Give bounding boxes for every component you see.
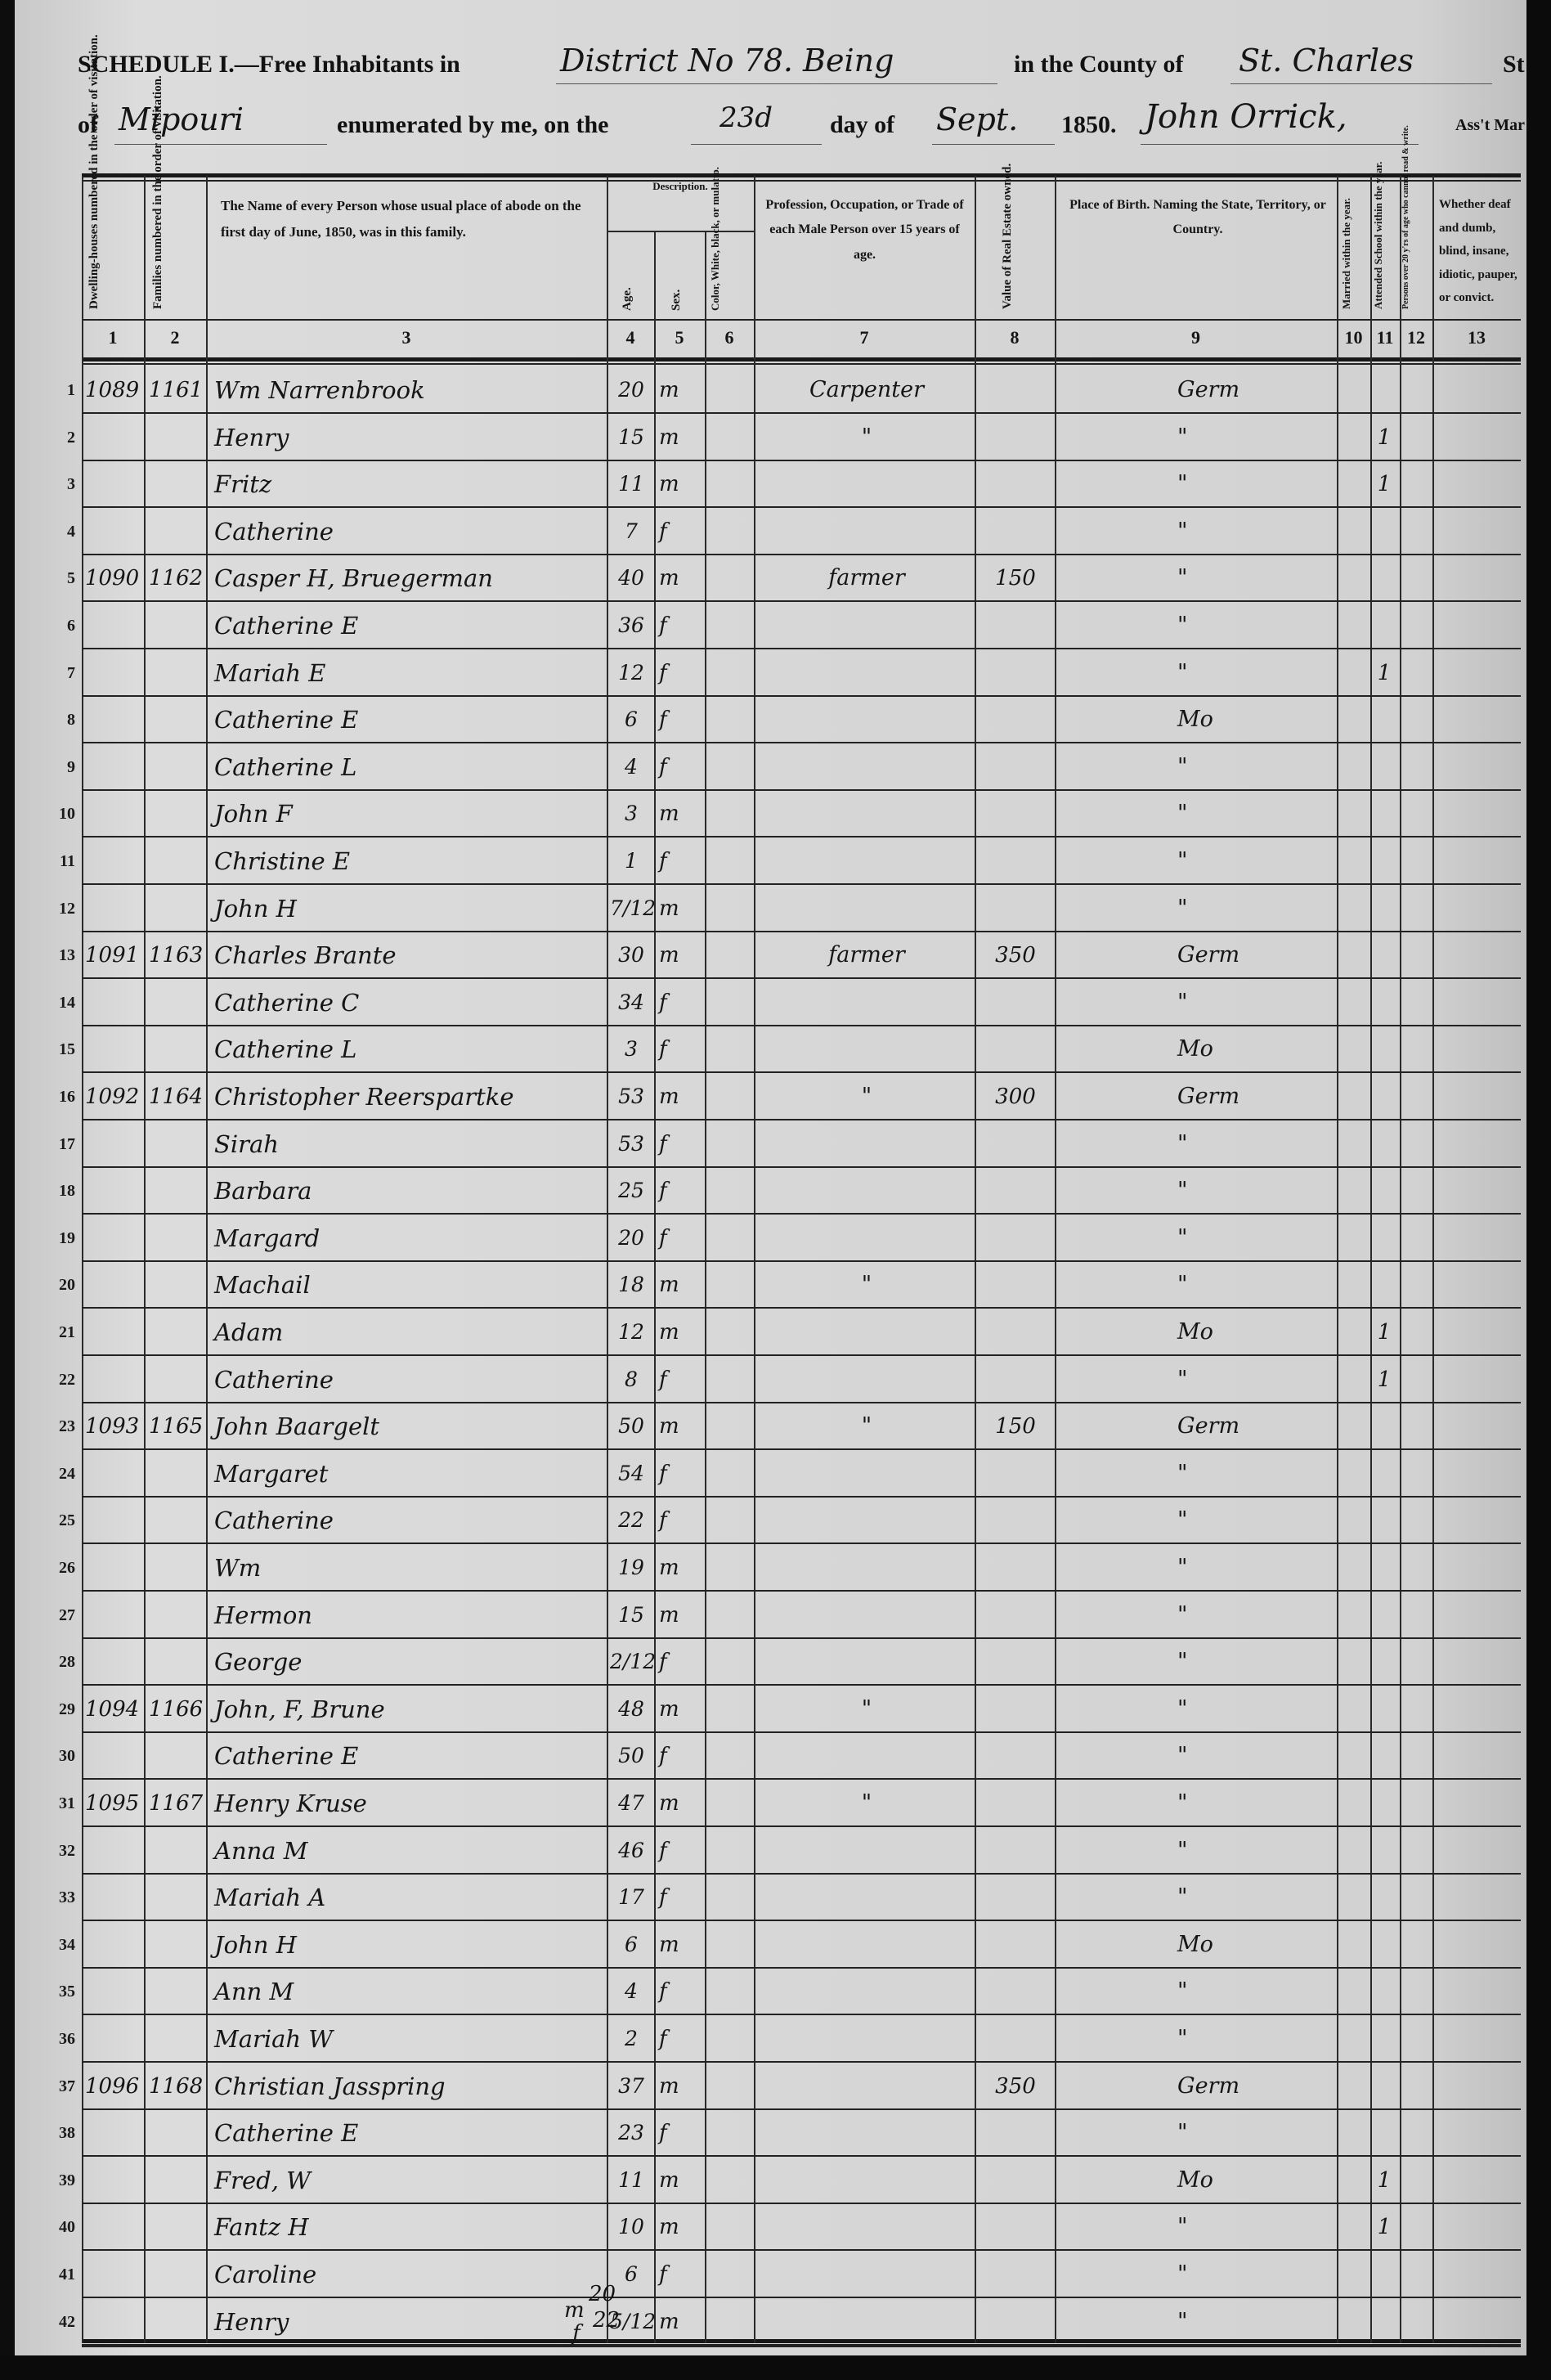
person-name: John H bbox=[214, 888, 607, 929]
dwelling-number bbox=[85, 1124, 142, 1165]
person-age: 15 bbox=[610, 417, 652, 458]
line-number: 7 bbox=[23, 653, 75, 694]
family-number bbox=[149, 1218, 203, 1259]
table-row: 36Mariah W2f" bbox=[0, 2015, 1551, 2062]
header-birthplace: Place of Birth. Naming the State, Territ… bbox=[1063, 193, 1333, 243]
person-sex: m bbox=[659, 1783, 703, 1824]
colnum-13: 13 bbox=[1432, 327, 1521, 348]
attended-school bbox=[1370, 1971, 1398, 2012]
year-printed: 1850. bbox=[1061, 111, 1117, 139]
person-age: 18 bbox=[610, 1264, 652, 1305]
person-sex: f bbox=[659, 747, 703, 788]
colnum-4: 4 bbox=[607, 327, 654, 348]
attended-school bbox=[1370, 1595, 1398, 1636]
enumerator-signature: John Orrick, bbox=[1145, 98, 1347, 136]
person-sex: f bbox=[659, 1124, 703, 1165]
dwelling-number bbox=[85, 1595, 142, 1636]
dwelling-number bbox=[85, 1971, 142, 2012]
occupation bbox=[760, 2301, 973, 2342]
line-number: 19 bbox=[23, 1218, 75, 1259]
person-age: 36 bbox=[610, 605, 652, 646]
person-age: 11 bbox=[610, 2160, 652, 2201]
person-name: Catherine L bbox=[214, 1029, 607, 1070]
person-sex: m bbox=[659, 1547, 703, 1588]
person-name: Henry bbox=[214, 2301, 607, 2342]
person-age: 6 bbox=[610, 1924, 652, 1965]
colnum-8: 8 bbox=[975, 327, 1055, 348]
person-sex: f bbox=[659, 1830, 703, 1871]
person-age: 11 bbox=[610, 464, 652, 505]
family-number: 1164 bbox=[149, 1076, 203, 1117]
attended-school bbox=[1370, 1264, 1398, 1305]
attended-school: 1 bbox=[1370, 464, 1398, 505]
colnum-bottom-rule bbox=[82, 357, 1521, 361]
birthplace: Mo bbox=[1096, 1312, 1333, 1353]
occupation: " bbox=[760, 417, 973, 458]
header-family: Families numbered in the order of visita… bbox=[152, 186, 199, 309]
person-age: 53 bbox=[610, 1076, 652, 1117]
real-estate-value bbox=[978, 653, 1053, 694]
attended-school bbox=[1370, 1406, 1398, 1447]
colnum-6: 6 bbox=[705, 327, 754, 348]
real-estate-value bbox=[978, 2019, 1053, 2059]
person-age: 7/12 bbox=[610, 888, 652, 929]
person-sex: m bbox=[659, 417, 703, 458]
colnum-7: 7 bbox=[754, 327, 975, 348]
person-name: Catherine L bbox=[214, 747, 607, 788]
family-number bbox=[149, 2207, 203, 2248]
attended-school bbox=[1370, 1547, 1398, 1588]
dwelling-number bbox=[85, 1312, 142, 1353]
birthplace: " bbox=[1096, 1595, 1333, 1636]
occupation bbox=[760, 1641, 973, 1682]
attended-school bbox=[1370, 511, 1398, 552]
attended-school: 1 bbox=[1370, 2207, 1398, 2248]
person-age: 54 bbox=[610, 1453, 652, 1494]
title-printed-enumerated: enumerated by me, on the bbox=[337, 111, 608, 139]
table-row: 20Machail18m"" bbox=[0, 1261, 1551, 1308]
birthplace: " bbox=[1096, 841, 1333, 882]
attended-school bbox=[1370, 1076, 1398, 1117]
line-number: 41 bbox=[23, 2254, 75, 2295]
dwelling-number bbox=[85, 2207, 142, 2248]
person-name: Fred, W bbox=[214, 2160, 607, 2201]
occupation: farmer bbox=[760, 558, 973, 599]
occupation bbox=[760, 1359, 973, 1400]
line-number: 15 bbox=[23, 1029, 75, 1070]
attended-school bbox=[1370, 558, 1398, 599]
table-row: 1610921164Christopher Reerspartke53m"300… bbox=[0, 1073, 1551, 1120]
colnum-bottom-rule-inner bbox=[82, 363, 1521, 365]
birthplace: " bbox=[1096, 1453, 1333, 1494]
birthplace: " bbox=[1096, 1547, 1333, 1588]
occupation: " bbox=[760, 1689, 973, 1730]
attended-school bbox=[1370, 1029, 1398, 1070]
occupation bbox=[760, 1971, 973, 2012]
person-name: Catherine bbox=[214, 1359, 607, 1400]
line-number: 14 bbox=[23, 982, 75, 1023]
person-name: Henry Kruse bbox=[214, 1783, 607, 1824]
person-sex: f bbox=[659, 653, 703, 694]
birthplace: " bbox=[1096, 1877, 1333, 1918]
occupation bbox=[760, 982, 973, 1023]
colnum-11: 11 bbox=[1370, 327, 1400, 348]
line-number: 42 bbox=[23, 2301, 75, 2342]
person-name: Margard bbox=[214, 1218, 607, 1259]
family-number bbox=[149, 1924, 203, 1965]
table-row: 6Catherine E36f" bbox=[0, 602, 1551, 649]
row-rule bbox=[82, 2344, 1521, 2346]
person-age: 3 bbox=[610, 793, 652, 834]
attended-school bbox=[1370, 2113, 1398, 2153]
birthplace: " bbox=[1096, 1971, 1333, 2012]
dwelling-number bbox=[85, 511, 142, 552]
person-name: Christopher Reerspartke bbox=[214, 1076, 607, 1117]
real-estate-value bbox=[978, 2113, 1053, 2153]
line-number: 6 bbox=[23, 605, 75, 646]
table-row: 3Fritz11m"1 bbox=[0, 460, 1551, 507]
table-row: 27Hermon15m" bbox=[0, 1592, 1551, 1638]
person-sex: m bbox=[659, 1312, 703, 1353]
line-number: 30 bbox=[23, 1736, 75, 1776]
family-number bbox=[149, 793, 203, 834]
birthplace: " bbox=[1096, 1783, 1333, 1824]
person-name: Machail bbox=[214, 1264, 607, 1305]
family-number bbox=[149, 1264, 203, 1305]
family-number bbox=[149, 2254, 203, 2295]
attended-school bbox=[1370, 2066, 1398, 2107]
dwelling-number bbox=[85, 2301, 142, 2342]
birthplace: " bbox=[1096, 1736, 1333, 1776]
line-number: 28 bbox=[23, 1641, 75, 1682]
table-row: 41Caroline6f" bbox=[0, 2251, 1551, 2297]
birthplace: " bbox=[1096, 511, 1333, 552]
dwelling-number bbox=[85, 841, 142, 882]
occupation bbox=[760, 1500, 973, 1541]
colnum-5: 5 bbox=[654, 327, 705, 348]
person-age: 15 bbox=[610, 1595, 652, 1636]
birthplace: Germ bbox=[1096, 2066, 1333, 2107]
person-age: 7 bbox=[610, 511, 652, 552]
occupation bbox=[760, 1312, 973, 1353]
real-estate-value bbox=[978, 464, 1053, 505]
line-number: 36 bbox=[23, 2019, 75, 2059]
person-age: 19 bbox=[610, 1547, 652, 1588]
table-row: 1310911163Charles Brante30mfarmer350Germ bbox=[0, 932, 1551, 978]
table-row: 10John F3m" bbox=[0, 790, 1551, 837]
dwelling-number bbox=[85, 1877, 142, 1918]
tally-male-label: m bbox=[564, 2298, 585, 2323]
line-number: 26 bbox=[23, 1547, 75, 1588]
dwelling-number bbox=[85, 2113, 142, 2153]
dwelling-number: 1093 bbox=[85, 1406, 142, 1447]
person-age: 40 bbox=[610, 558, 652, 599]
county-field: St. Charles bbox=[1239, 43, 1414, 79]
attended-school bbox=[1370, 1783, 1398, 1824]
line-number: 2 bbox=[23, 417, 75, 458]
header-dwelling: Dwelling-houses numbered in the order of… bbox=[88, 186, 139, 309]
occupation bbox=[760, 1453, 973, 1494]
dwelling-number bbox=[85, 1547, 142, 1588]
person-sex: f bbox=[659, 1359, 703, 1400]
table-row: 39Fred, W11mMo1 bbox=[0, 2157, 1551, 2203]
scan-bottom-border bbox=[0, 2355, 1551, 2380]
person-name: Mariah W bbox=[214, 2019, 607, 2059]
real-estate-value bbox=[978, 370, 1053, 411]
person-name: Catherine E bbox=[214, 699, 607, 740]
occupation bbox=[760, 1029, 973, 1070]
attended-school bbox=[1370, 1924, 1398, 1965]
occupation bbox=[760, 793, 973, 834]
enumerator-underline bbox=[1141, 144, 1419, 145]
attended-school bbox=[1370, 2019, 1398, 2059]
person-name: Christian Jasspring bbox=[214, 2066, 607, 2107]
occupation bbox=[760, 747, 973, 788]
occupation bbox=[760, 1547, 973, 1588]
attended-school bbox=[1370, 747, 1398, 788]
person-name: Henry bbox=[214, 417, 607, 458]
attended-school bbox=[1370, 1736, 1398, 1776]
occupation bbox=[760, 605, 973, 646]
person-name: George bbox=[214, 1641, 607, 1682]
attended-school bbox=[1370, 1218, 1398, 1259]
occupation bbox=[760, 888, 973, 929]
table-row: 22Catherine8f"1 bbox=[0, 1356, 1551, 1403]
person-age: 8 bbox=[610, 1359, 652, 1400]
person-name: Caroline bbox=[214, 2254, 607, 2295]
person-age: 6 bbox=[610, 699, 652, 740]
real-estate-value bbox=[978, 1924, 1053, 1965]
line-number: 32 bbox=[23, 1830, 75, 1871]
table-top-rule-inner bbox=[82, 180, 1521, 182]
person-sex: f bbox=[659, 2019, 703, 2059]
dwelling-number bbox=[85, 653, 142, 694]
person-name: Ann M bbox=[214, 1971, 607, 2012]
header-real-estate: Value of Real Estate owned. bbox=[1002, 186, 1034, 309]
dwelling-number: 1096 bbox=[85, 2066, 142, 2107]
header-name: The Name of every Person whose usual pla… bbox=[221, 193, 593, 246]
person-name: Catherine bbox=[214, 511, 607, 552]
person-name: John F bbox=[214, 793, 607, 834]
dwelling-number bbox=[85, 2254, 142, 2295]
real-estate-value bbox=[978, 2301, 1053, 2342]
person-age: 46 bbox=[610, 1830, 652, 1871]
title-printed-asst-marshal: Ass't Mar bbox=[1455, 116, 1525, 135]
person-name: John Baargelt bbox=[214, 1406, 607, 1447]
table-row: 9Catherine L4f" bbox=[0, 743, 1551, 790]
real-estate-value bbox=[978, 417, 1053, 458]
real-estate-value bbox=[978, 1783, 1053, 1824]
title-printed-state-start: St bbox=[1503, 51, 1525, 79]
family-number bbox=[149, 1641, 203, 1682]
table-row: 21Adam12mMo1 bbox=[0, 1309, 1551, 1355]
tally-female-count: 22 bbox=[593, 2308, 620, 2333]
real-estate-value bbox=[978, 1830, 1053, 1871]
day-underline bbox=[691, 144, 822, 145]
family-number bbox=[149, 417, 203, 458]
person-name: Margaret bbox=[214, 1453, 607, 1494]
table-row: 3110951167Henry Kruse47m"" bbox=[0, 1780, 1551, 1826]
person-name: Hermon bbox=[214, 1595, 607, 1636]
family-number bbox=[149, 1971, 203, 2012]
person-age: 4 bbox=[610, 747, 652, 788]
line-number: 40 bbox=[23, 2207, 75, 2248]
dwelling-number bbox=[85, 417, 142, 458]
occupation bbox=[760, 841, 973, 882]
occupation bbox=[760, 2019, 973, 2059]
person-sex: m bbox=[659, 1689, 703, 1730]
real-estate-value bbox=[978, 888, 1053, 929]
occupation bbox=[760, 1830, 973, 1871]
state-field: Mipouri bbox=[119, 101, 244, 137]
line-number: 39 bbox=[23, 2160, 75, 2201]
real-estate-value bbox=[978, 1689, 1053, 1730]
person-age: 3 bbox=[610, 1029, 652, 1070]
birthplace: " bbox=[1096, 793, 1333, 834]
person-age: 2/12 bbox=[610, 1641, 652, 1682]
attended-school bbox=[1370, 2254, 1398, 2295]
person-age: 17 bbox=[610, 1877, 652, 1918]
title-printed-schedule: SCHEDULE I.—Free Inhabitants in bbox=[78, 51, 460, 79]
table-row: 24Margaret54f" bbox=[0, 1450, 1551, 1497]
header-age: Age. bbox=[621, 270, 641, 311]
table-top-rule bbox=[82, 173, 1521, 177]
dwelling-number bbox=[85, 1453, 142, 1494]
family-number bbox=[149, 653, 203, 694]
occupation: Carpenter bbox=[760, 370, 973, 411]
birthplace: " bbox=[1096, 982, 1333, 1023]
person-name: Catherine bbox=[214, 1500, 607, 1541]
birthplace: " bbox=[1096, 888, 1333, 929]
line-number: 29 bbox=[23, 1689, 75, 1730]
occupation: farmer bbox=[760, 935, 973, 976]
real-estate-value bbox=[978, 2160, 1053, 2201]
attended-school: 1 bbox=[1370, 1359, 1398, 1400]
person-name: Christine E bbox=[214, 841, 607, 882]
person-sex: f bbox=[659, 982, 703, 1023]
occupation bbox=[760, 1877, 973, 1918]
person-sex: m bbox=[659, 1076, 703, 1117]
table-row: 15Catherine L3fMo bbox=[0, 1026, 1551, 1072]
person-age: 1 bbox=[610, 841, 652, 882]
person-sex: f bbox=[659, 1500, 703, 1541]
line-number: 38 bbox=[23, 2113, 75, 2153]
real-estate-value bbox=[978, 1124, 1053, 1165]
table-row: 30Catherine E50f" bbox=[0, 1732, 1551, 1779]
person-sex: f bbox=[659, 1736, 703, 1776]
district-field: District No 78. Being bbox=[560, 43, 894, 79]
dwelling-number bbox=[85, 982, 142, 1023]
person-name: Fantz H bbox=[214, 2207, 607, 2248]
person-age: 2 bbox=[610, 2019, 652, 2059]
table-row: 110891161Wm Narrenbrook20mCarpenterGerm bbox=[0, 366, 1551, 413]
attended-school bbox=[1370, 605, 1398, 646]
person-sex: f bbox=[659, 1641, 703, 1682]
dwelling-number bbox=[85, 1264, 142, 1305]
real-estate-value: 350 bbox=[978, 2066, 1053, 2107]
family-number bbox=[149, 1170, 203, 1211]
header-color: Color, White, black, or mulatto. bbox=[710, 196, 751, 311]
attended-school bbox=[1370, 699, 1398, 740]
person-name: Casper H, Bruegerman bbox=[214, 558, 607, 599]
dwelling-number bbox=[85, 1218, 142, 1259]
line-number: 1 bbox=[23, 370, 75, 411]
occupation: " bbox=[760, 1783, 973, 1824]
real-estate-value bbox=[978, 699, 1053, 740]
person-age: 6 bbox=[610, 2254, 652, 2295]
person-age: 22 bbox=[610, 1500, 652, 1541]
person-sex: m bbox=[659, 1595, 703, 1636]
header-illiterate: Persons over 20 y'rs of age who cannot r… bbox=[1402, 186, 1431, 309]
person-age: 23 bbox=[610, 2113, 652, 2153]
person-sex: f bbox=[659, 2113, 703, 2153]
table-row: 19Margard20f" bbox=[0, 1215, 1551, 1261]
colnum-9: 9 bbox=[1055, 327, 1337, 348]
dwelling-number bbox=[85, 1359, 142, 1400]
person-age: 4 bbox=[610, 1971, 652, 2012]
line-number: 25 bbox=[23, 1500, 75, 1541]
tally-female-label: f bbox=[572, 2321, 581, 2346]
dwelling-number bbox=[85, 1736, 142, 1776]
birthplace: Mo bbox=[1096, 699, 1333, 740]
person-name: Catherine E bbox=[214, 605, 607, 646]
person-name: Fritz bbox=[214, 464, 607, 505]
birthplace: " bbox=[1096, 1218, 1333, 1259]
real-estate-value bbox=[978, 1877, 1053, 1918]
title-printed-day-of: day of bbox=[830, 111, 894, 139]
birthplace: Germ bbox=[1096, 1076, 1333, 1117]
birthplace: " bbox=[1096, 1359, 1333, 1400]
table-row: 34John H6mMo bbox=[0, 1921, 1551, 1968]
person-name: Mariah A bbox=[214, 1877, 607, 1918]
table-row: 12John H7/12m" bbox=[0, 885, 1551, 932]
attended-school bbox=[1370, 1877, 1398, 1918]
birthplace: " bbox=[1096, 1500, 1333, 1541]
person-age: 34 bbox=[610, 982, 652, 1023]
table-row: 14Catherine C34f" bbox=[0, 979, 1551, 1026]
attended-school bbox=[1370, 1170, 1398, 1211]
person-sex: m bbox=[659, 935, 703, 976]
dwelling-number bbox=[85, 2160, 142, 2201]
dwelling-number: 1095 bbox=[85, 1783, 142, 1824]
occupation: " bbox=[760, 1406, 973, 1447]
attended-school: 1 bbox=[1370, 1312, 1398, 1353]
family-number: 1162 bbox=[149, 558, 203, 599]
header-description: Description. bbox=[607, 178, 754, 195]
occupation bbox=[760, 2254, 973, 2295]
person-name: John, F, Brune bbox=[214, 1689, 607, 1730]
table-row: 33Mariah A17f" bbox=[0, 1874, 1551, 1920]
occupation bbox=[760, 1736, 973, 1776]
attended-school bbox=[1370, 888, 1398, 929]
person-age: 12 bbox=[610, 653, 652, 694]
person-sex: m bbox=[659, 888, 703, 929]
attended-school bbox=[1370, 2301, 1398, 2342]
occupation bbox=[760, 1218, 973, 1259]
person-age: 53 bbox=[610, 1124, 652, 1165]
family-number bbox=[149, 1547, 203, 1588]
dwelling-number: 1089 bbox=[85, 370, 142, 411]
line-number: 23 bbox=[23, 1406, 75, 1447]
person-sex: m bbox=[659, 2066, 703, 2107]
person-sex: f bbox=[659, 1218, 703, 1259]
attended-school bbox=[1370, 1453, 1398, 1494]
occupation bbox=[760, 2066, 973, 2107]
line-number: 31 bbox=[23, 1783, 75, 1824]
table-row: 11Christine E1f" bbox=[0, 837, 1551, 884]
occupation: " bbox=[760, 1264, 973, 1305]
real-estate-value bbox=[978, 1736, 1053, 1776]
